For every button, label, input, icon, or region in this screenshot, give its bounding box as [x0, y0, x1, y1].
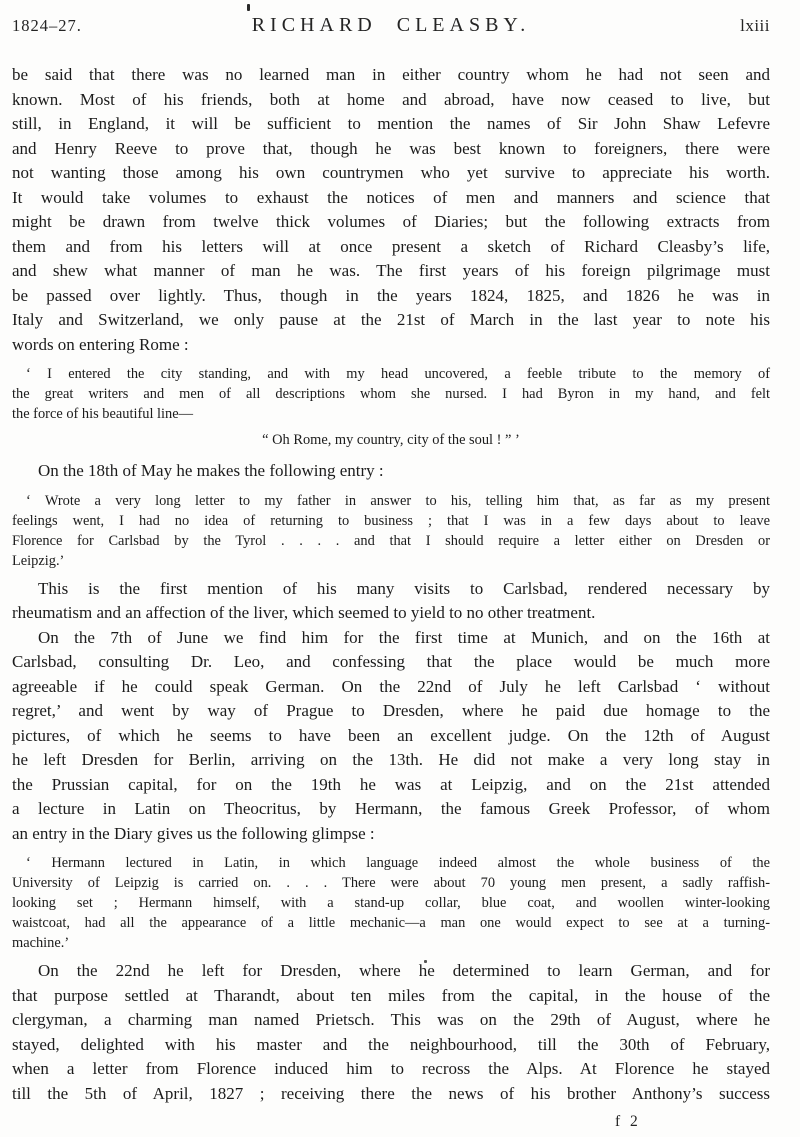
- text-line: words on entering Rome :: [12, 333, 770, 358]
- printers-signature: f 2: [615, 1113, 641, 1131]
- text-line: University of Leipzig is carried on. . .…: [12, 873, 770, 893]
- text-line: Italy and Switzerland, we only pause at …: [12, 308, 770, 333]
- text-line: Leipzig.’: [12, 551, 770, 571]
- page-title: RICHARD CLEASBY.: [252, 14, 531, 37]
- text-line: be passed over lightly. Thus, though in …: [12, 284, 770, 309]
- scan-speck: [247, 4, 250, 11]
- page-number: lxiii: [740, 16, 770, 36]
- text-line: Florence for Carlsbad by the Tyrol . . .…: [12, 531, 770, 551]
- text-line: he left Dresden for Berlin, arriving on …: [12, 748, 770, 773]
- quoted-extract: ‘ Hermann lectured in Latin, in which la…: [12, 853, 770, 953]
- text-line: On the 22nd he left for Dresden, where h…: [12, 959, 770, 984]
- text-line: when a letter from Florence induced him …: [12, 1057, 770, 1082]
- text-line: stayed, delighted with his master and th…: [12, 1033, 770, 1058]
- paragraph: On the 18th of May he makes the followin…: [12, 459, 770, 484]
- centered-verse: “ Oh Rome, my country, city of the soul …: [12, 430, 770, 450]
- text-line: till the 5th of April, 1827 ; receiving …: [12, 1082, 770, 1107]
- text-line: looking set ; Hermann himself, with a st…: [12, 893, 770, 913]
- paragraph: On the 7th of June we find him for the f…: [12, 626, 770, 847]
- scan-speck: [424, 960, 427, 963]
- text-line: clergyman, a charming man named Prietsch…: [12, 1008, 770, 1033]
- text-line: that purpose settled at Tharandt, about …: [12, 984, 770, 1009]
- paragraph: On the 22nd he left for Dresden, where h…: [12, 959, 770, 1106]
- text-line: known. Most of his friends, both at home…: [12, 88, 770, 113]
- text-line: the Prussian capital, for on the 19th he…: [12, 773, 770, 798]
- page-body: be said that there was no learned man in…: [12, 63, 770, 1106]
- running-head: 1824–27. RICHARD CLEASBY. lxiii: [12, 14, 770, 37]
- book-page: 1824–27. RICHARD CLEASBY. lxiii be said …: [0, 0, 800, 1137]
- text-line: On the 18th of May he makes the followin…: [12, 459, 770, 484]
- text-line: rheumatism and an affection of the liver…: [12, 601, 770, 626]
- text-line: “ Oh Rome, my country, city of the soul …: [12, 430, 770, 450]
- text-line: On the 7th of June we find him for the f…: [12, 626, 770, 651]
- text-line: and Henry Reeve to prove that, though he…: [12, 137, 770, 162]
- text-line: the force of his beautiful line—: [12, 404, 770, 424]
- text-line: waistcoat, had all the appearance of a l…: [12, 913, 770, 933]
- text-line: ‘ Wrote a very long letter to my father …: [12, 491, 770, 511]
- text-line: Carlsbad, consulting Dr. Leo, and confes…: [12, 650, 770, 675]
- text-line: an entry in the Diary gives us the follo…: [12, 822, 770, 847]
- text-line: regret,’ and went by way of Prague to Dr…: [12, 699, 770, 724]
- paragraph: This is the first mention of his many vi…: [12, 577, 770, 626]
- text-line: the great writers and men of all descrip…: [12, 384, 770, 404]
- text-line: machine.’: [12, 933, 770, 953]
- text-line: It would take volumes to exhaust the not…: [12, 186, 770, 211]
- text-line: ‘ I entered the city standing, and with …: [12, 364, 770, 384]
- text-line: a lecture in Latin on Theocritus, by Her…: [12, 797, 770, 822]
- text-line: still, in England, it will be sufficient…: [12, 112, 770, 137]
- text-line: agreeable if he could speak German. On t…: [12, 675, 770, 700]
- paragraph: be said that there was no learned man in…: [12, 63, 770, 357]
- text-line: be said that there was no learned man in…: [12, 63, 770, 88]
- text-line: not wanting those among his own countrym…: [12, 161, 770, 186]
- text-line: ‘ Hermann lectured in Latin, in which la…: [12, 853, 770, 873]
- text-line: and shew what manner of man he was. The …: [12, 259, 770, 284]
- text-line: feelings went, I had no idea of returnin…: [12, 511, 770, 531]
- text-line: might be drawn from twelve thick volumes…: [12, 210, 770, 235]
- quoted-extract: ‘ Wrote a very long letter to my father …: [12, 491, 770, 571]
- text-line: This is the first mention of his many vi…: [12, 577, 770, 602]
- text-line: pictures, of which he seems to have been…: [12, 724, 770, 749]
- header-date-range: 1824–27.: [12, 16, 82, 36]
- quoted-extract: ‘ I entered the city standing, and with …: [12, 364, 770, 424]
- signature-row: f 2: [12, 1113, 770, 1131]
- text-line: them and from his letters will at once p…: [12, 235, 770, 260]
